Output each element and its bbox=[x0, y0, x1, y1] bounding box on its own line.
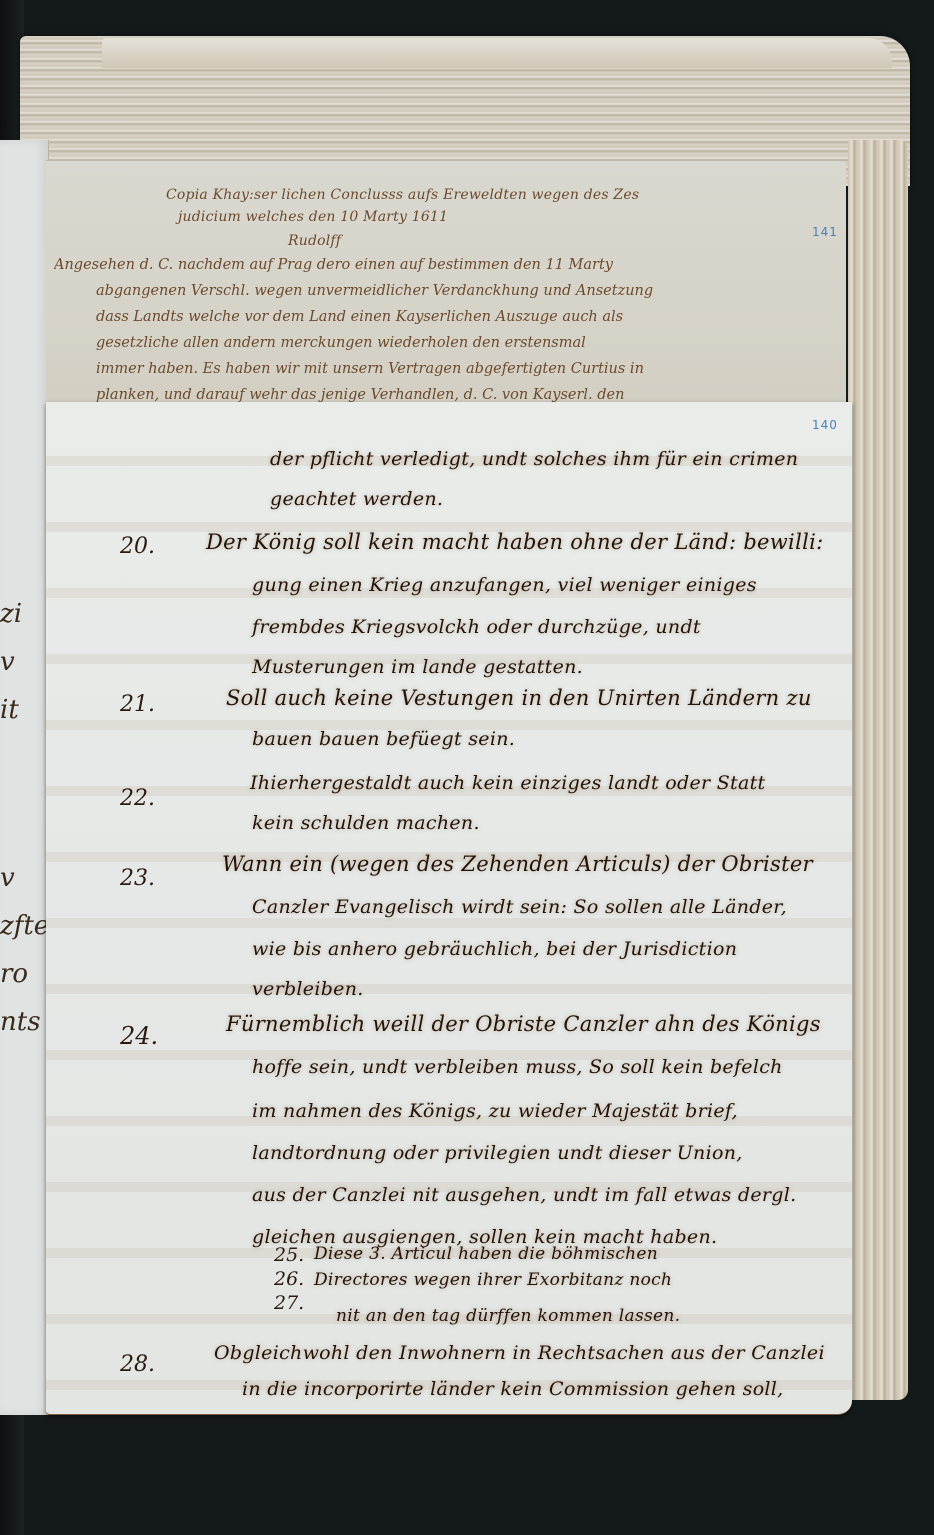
entry-line: wie bis anhero gebräuchlich, bei der Jur… bbox=[252, 938, 737, 960]
entry-line: bauen bauen befüegt sein. bbox=[252, 728, 515, 750]
entry-line: geachtet werden. bbox=[270, 488, 443, 510]
fragment: v bbox=[0, 638, 46, 686]
entry-line: Wann ein (wegen des Zehenden Articuls) d… bbox=[222, 852, 813, 876]
entry-number: 20. bbox=[120, 534, 155, 559]
entry-line: Ihierhergestaldt auch kein einziges land… bbox=[250, 772, 765, 794]
previous-folio: Copia Khay:ser lichen Conclusss aufs Ere… bbox=[46, 160, 846, 411]
right-page-edges bbox=[848, 140, 908, 1400]
entry-line: nit an den tag dürffen kommen lassen. bbox=[336, 1306, 680, 1326]
entry-number: 24. bbox=[120, 1022, 158, 1050]
top-page-edge bbox=[102, 38, 892, 68]
entry-number: 27. bbox=[274, 1292, 304, 1314]
entry-number: 25. bbox=[274, 1244, 304, 1266]
prev-body-line: dass Landts welche vor dem Land einen Ka… bbox=[96, 309, 836, 325]
fragment: zi bbox=[0, 590, 46, 638]
prev-body-line: immer haben. Es haben wir mit unsern Ver… bbox=[96, 361, 836, 377]
main-folio-page: 140 der pflicht verledigt, undt solches … bbox=[46, 402, 852, 1415]
entry-number: 21. bbox=[120, 692, 155, 717]
entry-line: Canzler Evangelisch wirdt sein: So solle… bbox=[252, 896, 787, 918]
fragment: v bbox=[0, 854, 46, 902]
prev-body-line: abgangenen Verschl. wegen unvermeidliche… bbox=[96, 283, 836, 299]
prev-subheading: Rudolff bbox=[288, 233, 341, 249]
entry-line: Fürnemblich weill der Obriste Canzler ah… bbox=[226, 1012, 821, 1036]
entry-line: in die incorporirte länder kein Commissi… bbox=[242, 1378, 784, 1400]
entry-line: Diese 3. Articul haben die böhmischen bbox=[314, 1244, 658, 1264]
entry-line: aus der Canzlei nit ausgehen, undt im fa… bbox=[252, 1184, 796, 1206]
entry-line: Der König soll kein macht haben ohne der… bbox=[206, 530, 824, 554]
folio-number-main: 140 bbox=[812, 418, 838, 432]
left-page-fragments: zi v it v zfter ro nts bbox=[0, 590, 46, 1046]
prev-body-line: Angesehen d. C. nachdem auf Prag dero ei… bbox=[54, 257, 836, 273]
left-facing-page: zi v it v zfter ro nts bbox=[0, 140, 49, 1415]
entry-line: im nahmen des Königs, zu wieder Majestät… bbox=[252, 1100, 738, 1122]
prev-header-line: Copia Khay:ser lichen Conclusss aufs Ere… bbox=[166, 187, 639, 203]
entry-line: kein schulden machen. bbox=[252, 812, 480, 834]
entry-line: Obgleichwohl den Inwohnern in Rechtsache… bbox=[214, 1342, 825, 1364]
entry-number: 26. bbox=[274, 1268, 304, 1290]
entry-line: gung einen Krieg anzufangen, viel wenige… bbox=[252, 574, 757, 596]
fragment: it bbox=[0, 686, 46, 734]
folio-number-upper: 141 bbox=[812, 225, 838, 239]
fragment: nts bbox=[0, 998, 46, 1046]
manuscript-photo: zi v it v zfter ro nts Copia Khay:ser li… bbox=[0, 0, 934, 1535]
entry-number: 22. bbox=[120, 786, 155, 811]
entry-line: Soll auch keine Vestungen in den Unirten… bbox=[226, 686, 812, 710]
prev-body-line: planken, und darauf wehr das jenige Verh… bbox=[96, 387, 836, 403]
entry-line: frembdes Kriegsvolckh oder durchzüge, un… bbox=[252, 616, 701, 638]
entry-line: landtordnung oder privilegien undt diese… bbox=[252, 1142, 743, 1164]
prev-body-line: gesetzliche allen andern merckungen wied… bbox=[96, 335, 836, 351]
entry-line: der pflicht verledigt, undt solches ihm … bbox=[270, 448, 798, 470]
entry-number: 28. bbox=[120, 1352, 155, 1377]
entry-number: 23. bbox=[120, 866, 155, 891]
fragment: ro bbox=[0, 950, 46, 998]
entry-line: verbleiben. bbox=[252, 978, 364, 1000]
entry-line: hoffe sein, undt verbleiben muss, So sol… bbox=[252, 1056, 783, 1078]
entry-line: Directores wegen ihrer Exorbitanz noch bbox=[314, 1270, 672, 1290]
fragment: zfter bbox=[0, 902, 46, 950]
prev-header-line: judicium welches den 10 Marty 1611 bbox=[178, 209, 448, 225]
entry-line: Musterungen im lande gestatten. bbox=[252, 656, 583, 678]
